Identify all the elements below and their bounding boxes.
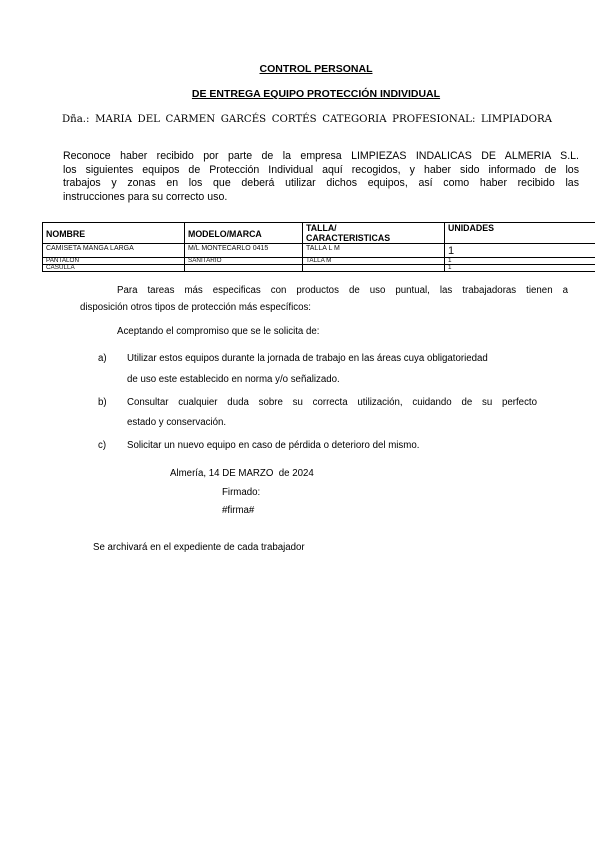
header-nombre: NOMBRE — [43, 223, 185, 244]
extra-paragraph-line: Para tareas más especificas con producto… — [117, 282, 568, 300]
cell-nombre: CASULLA — [43, 265, 185, 272]
header-modelo-marca: MODELO/MARCA — [185, 223, 303, 244]
header-talla-line1: TALLA/ — [306, 223, 441, 233]
intro-line-text: Reconoce haber recibido por parte de la … — [63, 150, 579, 162]
cell-nombre: PANTALON — [43, 258, 185, 265]
cell-modelo — [185, 265, 303, 272]
commitment-marker: c) — [98, 437, 106, 455]
commitment-intro: Aceptando el compromiso que se le solici… — [117, 323, 319, 341]
cell-modelo: SANITARIO — [185, 258, 303, 265]
commitment-line: Consultar cualquier duda sobre su correc… — [127, 394, 537, 412]
intro-line-text: instrucciones para su correcto uso. — [63, 191, 227, 203]
cell-nombre: CAMISETA MANGA LARGA — [43, 244, 185, 258]
commitment-line: de uso este establecido en norma y/o señ… — [127, 371, 340, 389]
footer-note: Se archivará en el expediente de cada tr… — [93, 539, 305, 557]
intro-paragraph: Reconoce haber recibido por parte de la … — [63, 150, 579, 204]
signature-placeholder: #firma# — [222, 502, 254, 520]
table-row: PANTALON SANITARIO TALLA M 1 — [43, 258, 595, 265]
commitment-line: Solicitar un nuevo equipo en caso de pér… — [127, 437, 419, 455]
table-row: CAMISETA MANGA LARGA M/L MONTECARLO 0415… — [43, 244, 595, 258]
header-talla-caracteristicas: TALLA/ CARACTERISTICAS — [303, 223, 445, 244]
extra-paragraph-line: disposición otros tipos de protección má… — [80, 299, 311, 317]
commitment-line: Utilizar estos equipos durante la jornad… — [127, 350, 488, 368]
table-header-row: NOMBRE MODELO/MARCA TALLA/ CARACTERISTIC… — [43, 223, 595, 244]
employee-line-text: Dña.: MARIA DEL CARMEN GARCÉS CORTÉS CAT… — [62, 114, 552, 125]
cell-talla: TALLA M — [303, 258, 445, 265]
extra-paragraph-text: Para tareas más especificas con producto… — [117, 285, 568, 296]
intro-line-text: los siguientes equipos de Protección Ind… — [63, 164, 579, 176]
cell-unidades: 1 — [445, 244, 595, 258]
commitment-marker: a) — [98, 350, 107, 368]
intro-line: los siguientes equipos de Protección Ind… — [63, 164, 579, 178]
cell-unidades: 1 — [445, 265, 595, 272]
document-title: CONTROL PERSONAL — [166, 63, 466, 76]
place-date: Almería, 14 DE MARZO de 2024 — [170, 465, 314, 483]
cell-talla: TALLA L M — [303, 244, 445, 258]
commitment-marker: b) — [98, 394, 107, 412]
intro-line: Reconoce haber recibido por parte de la … — [63, 150, 579, 164]
cell-talla — [303, 265, 445, 272]
commitment-line: estado y conservación. — [127, 414, 226, 432]
employee-line: Dña.: MARIA DEL CARMEN GARCÉS CORTÉS CAT… — [62, 113, 552, 127]
signed-label: Firmado: — [222, 484, 260, 502]
table-row: CASULLA 1 — [43, 265, 595, 272]
document-subtitle: DE ENTREGA EQUIPO PROTECCIÓN INDIVIDUAL — [166, 88, 466, 101]
cell-unidades: 1 — [445, 258, 595, 265]
document-page: CONTROL PERSONAL DE ENTREGA EQUIPO PROTE… — [0, 0, 595, 842]
intro-line: trabajos y zonas en los que deberá utili… — [63, 177, 579, 191]
equipment-table: NOMBRE MODELO/MARCA TALLA/ CARACTERISTIC… — [42, 222, 595, 272]
intro-line: instrucciones para su correcto uso. — [63, 191, 579, 205]
header-talla-line2: CARACTERISTICAS — [306, 233, 441, 243]
cell-modelo: M/L MONTECARLO 0415 — [185, 244, 303, 258]
header-unidades: UNIDADES — [445, 223, 595, 244]
intro-line-text: trabajos y zonas en los que deberá utili… — [63, 177, 579, 189]
commitment-line-text: Consultar cualquier duda sobre su correc… — [127, 397, 537, 408]
